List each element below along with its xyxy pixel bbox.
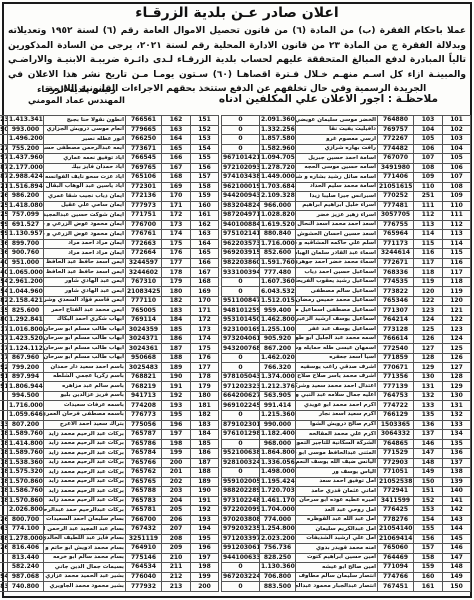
table-cell-amount: 2.023.200: [260, 534, 296, 544]
table-cell-serial: 185: [191, 439, 219, 449]
table-cell-name: اسماعيل يوسف ارشيد الزعبي: [296, 315, 378, 325]
table-cell-serial: 113: [443, 230, 471, 240]
table-row: 163174776761ايمان محمود عوض الزرعي و شرك…: [0, 230, 219, 240]
table-cell-amount: 2.158.421: [8, 296, 44, 306]
table-cell-record_id: 765766: [126, 458, 162, 468]
table-cell-amount: 1.423.520: [8, 334, 44, 344]
table-cell-seq: 205: [162, 506, 191, 516]
table-cell-name: بركات عبد الرحيم محمد زايد: [44, 449, 126, 459]
table-cell-record_id: 770252: [378, 192, 414, 202]
table-cell-amount: 799.200: [8, 363, 44, 373]
taxpayers-table-right-half: 101103764880الخضر موسى سليمان عويضي2.091…: [221, 115, 471, 592]
table-row: 109251770252اسبرانس جيرا صليبا زيدا2.109…: [222, 192, 471, 202]
table-row: 117118768336اسماعيل حسين احمد ذياب777.48…: [222, 268, 471, 278]
table-cell-seq: 166: [162, 154, 191, 164]
table-cell-record_id: 21083425: [126, 287, 162, 297]
table-cell-record_id: 770671: [378, 363, 414, 373]
table-cell-seq: 169: [162, 182, 191, 192]
table-cell-national_id: 9691019806: [0, 315, 8, 325]
table-cell-name: ايمان محمود عوض الزرعي و شركائها: [44, 220, 126, 230]
table-cell-name: اسعد حسين احسان الحشوش: [296, 230, 378, 240]
table-cell-record_id: 768219: [126, 382, 162, 392]
table-cell-name: باسمه عرفات سعيدات: [44, 401, 126, 411]
table-row: 161172771751ايمان شوكت حسين عبدالمجيد757…: [0, 211, 219, 221]
table-cell-name: اكرم صالح درويش الشوا: [296, 420, 378, 430]
table-cell-seq: 118: [414, 268, 443, 278]
table-cell-record_id: 3244614: [378, 249, 414, 259]
table-cell-amount: 987.068: [8, 572, 44, 582]
table-row: 178190768821باسم زكريا عجمي الشلطه897.99…: [0, 372, 219, 382]
table-row: 1661773244597ايمن اسعد حافظ عبد الحافظ95…: [0, 258, 219, 268]
table-cell-seq: 112: [414, 211, 443, 221]
table-cell-record_id: 774722: [378, 401, 414, 411]
table-cell-serial: 106: [443, 163, 471, 173]
table-cell-name: ايمن اسعد حافظ عبد الحافظ: [44, 258, 126, 268]
table-cell-name: ايهاب طالب مسلم ابو سرحان: [44, 344, 126, 354]
table-cell-amount: 1.449.000: [260, 173, 296, 183]
table-cell-amount: 757.099: [8, 211, 44, 221]
table-cell-name: اسراء زهير عزيز خضر: [296, 211, 378, 221]
table-cell-seq: 103: [414, 116, 443, 126]
table-cell-amount: 1.414.800: [8, 439, 44, 449]
table-cell-name: الخضر موسى سليمان عويضي: [296, 116, 378, 126]
table-cell-seq: 109: [414, 173, 443, 183]
table-cell-record_id: 771406: [378, 173, 414, 183]
table-cell-serial: 128: [443, 372, 471, 382]
table-cell-serial: 110: [443, 201, 471, 211]
table-cell-name: بسام عبد المجيد عبد الرحمن النبع: [44, 525, 126, 535]
table-cell-national_id: 9561009949: [0, 572, 8, 582]
table-cell-amount: 2.026.800: [8, 506, 44, 516]
table-cell-name: بسام سليمان احمد السعيدات وشريكه: [44, 515, 126, 525]
table-cell-serial: 109: [443, 192, 471, 202]
table-cell-amount: 825.600: [8, 306, 44, 316]
table-cell-name: اكرم احمد محمد ابو عويدي: [296, 401, 378, 411]
table-cell-amount: 1.418.080: [8, 201, 44, 211]
table-cell-name: اسامة احمد حسين جبريل: [296, 154, 378, 164]
table-cell-record_id: 772903: [378, 458, 414, 468]
table-cell-serial: 170: [191, 296, 219, 306]
table-cell-name: ايمن عبد الهادي شاور: [44, 287, 126, 297]
table-cell-record_id: 774535: [378, 277, 414, 287]
table-cell-record_id: 772663: [126, 239, 162, 249]
table-cell-amount: 6.043.532: [260, 287, 296, 297]
table-cell-national_id: 9751050823: [0, 296, 8, 306]
table-cell-serial: 123: [443, 325, 471, 335]
table-cell-national_id: 0: [222, 410, 260, 420]
table-cell-name: اليانس ضيف الله يوسف النعم: [296, 458, 378, 468]
table-cell-record_id: 775146: [126, 553, 162, 563]
table-cell-amount: 905.920: [260, 334, 296, 344]
table-row: 16918021083425ايمن عبد الهادي شاور1.044.…: [0, 287, 219, 297]
table-cell-seq: 164: [162, 135, 191, 145]
signature-block: رئيس بلدية الزرقاء المهندس عماد المومني: [28, 85, 125, 107]
table-row: 102104769757دافيليت يفيت نقا1.332.2560: [222, 125, 471, 135]
table-cell-amount: 883.500: [260, 582, 296, 592]
table-row: 149160774766انتصار سليمان سالم مطاوف706.…: [222, 572, 471, 582]
table-cell-national_id: 0: [222, 144, 260, 154]
table-cell-amount: 1.703.684: [260, 182, 296, 192]
table-cell-serial: 178: [191, 372, 219, 382]
table-cell-name: اسماعيل يوسف عبد غفر: [296, 325, 378, 335]
table-cell-seq: 132: [414, 391, 443, 401]
table-row: 159170772136ايمان ذياب نجيب شقا عمري986.…: [0, 192, 219, 202]
table-cell-seq: 178: [162, 268, 191, 278]
table-cell-name: بركات عبد الرحيم محمد زايد: [44, 477, 126, 487]
table-cell-seq: 165: [162, 144, 191, 154]
table-cell-amount: 1.461.170: [260, 496, 296, 506]
table-cell-name: اسماء محمد خضر احمد جوهري: [296, 258, 378, 268]
table-cell-name: بسام محمد سالم ابو خرمه: [44, 553, 126, 563]
table-cell-seq: 196: [162, 420, 191, 430]
table-cell-seq: 175: [162, 239, 191, 249]
table-cell-name: ايهاب طالب مسلم ابو سرحان: [44, 353, 126, 363]
table-cell-seq: 187: [162, 344, 191, 354]
table-cell-name: ايمن قاسم فؤاد السعدي وشركاه: [44, 296, 126, 306]
table-cell-national_id: 9792032352: [222, 525, 260, 535]
table-cell-national_id: 0: [222, 439, 260, 449]
table-cell-seq: 198: [162, 439, 191, 449]
table-row: 189202765765بركات عبد الرحيم محمد زايد1.…: [0, 477, 219, 487]
table-cell-seq: 209: [162, 544, 191, 554]
table-cell-serial: 117: [443, 268, 471, 278]
table-cell-national_id: 9562000364: [0, 249, 8, 259]
table-cell-seq: 104: [414, 125, 443, 135]
table-cell-national_id: 9442009438: [222, 192, 260, 202]
table-cell-national_id: 9441006338: [222, 553, 260, 563]
table-cell-seq: 117: [414, 258, 443, 268]
table-cell-record_id: 767070: [378, 154, 414, 164]
table-row: 147158764469امين حسين ابراهيم كتوت828.25…: [222, 553, 471, 563]
table-row: 170182777110ايمن قاسم فؤاد السعدي وشركاه…: [0, 296, 219, 306]
table-cell-seq: 170: [162, 192, 191, 202]
table-cell-amount: 1.044.960: [8, 287, 44, 297]
table-cell-serial: 134: [443, 430, 471, 440]
table-row: 1671783244602ايمن اسعد حافظ عبد الحافظ1.…: [0, 268, 219, 278]
table-cell-national_id: 9921036176: [0, 344, 8, 354]
table-cell-record_id: 771307: [378, 306, 414, 316]
table-cell-seq: 156: [414, 534, 443, 544]
table-cell-name: اسامه حسين موسى الحجه: [296, 163, 378, 173]
table-cell-serial: 140: [443, 487, 471, 497]
table-cell-name: بسيمات جمال الدين جاني: [44, 563, 126, 573]
table-cell-name: اسعد احمد محمد اسعد النحال: [296, 220, 378, 230]
table-row: 1952083251119بسام فايز عبد اللطيف الخالد…: [0, 534, 219, 544]
table-cell-seq: 203: [162, 487, 191, 497]
table-cell-seq: 201: [162, 468, 191, 478]
table-cell-record_id: 771051: [378, 468, 414, 478]
table-cell-national_id: 967101421: [222, 154, 260, 164]
table-cell-name: باسم فريز عزالدين بليو: [44, 391, 126, 401]
table-cell-record_id: 775056: [126, 420, 162, 430]
table-row: 114115771173اسلم علي حاكمه المشاقبه و شر…: [222, 239, 471, 249]
table-cell-seq: 163: [162, 125, 191, 135]
table-cell-record_id: 765005: [126, 306, 162, 316]
table-cell-name: بركات عبدالرحيم حمد عبدالرحمن: [44, 506, 126, 516]
table-cell-amount: 1.607.360: [260, 277, 296, 287]
table-row: 13915021052538امل توفيق احمد سعد1.195.42…: [222, 477, 471, 487]
table-cell-amount: 880.840: [260, 230, 296, 240]
table-cell-amount: 1.720.703: [260, 487, 296, 497]
table-cell-seq: 171: [162, 201, 191, 211]
table-cell-national_id: 9731022484: [222, 496, 260, 506]
table-cell-national_id: 8502130277: [0, 144, 8, 154]
table-cell-national_id: 0: [222, 287, 260, 297]
table-row: 132135766129اكرم سعيد اسعد نجار1.215.360…: [222, 410, 471, 420]
table-cell-seq: 167: [162, 163, 191, 173]
table-row: 148159771094امين صالح ابو عيشه1.130.3600: [222, 563, 471, 573]
table-cell-record_id: 771751: [126, 211, 162, 221]
table-cell-national_id: 9832048249: [222, 201, 260, 211]
table-cell-national_id: 9692039151: [222, 249, 260, 259]
table-cell-record_id: 766700: [126, 515, 162, 525]
table-row: 1331361503365اكرم صالح درويش الشوا990.00…: [222, 420, 471, 430]
table-cell-amount: 691.527: [8, 220, 44, 230]
table-cell-record_id: 3244602: [126, 268, 162, 278]
table-cell-name: اياد حمدان فايز بيك: [44, 163, 126, 173]
table-cell-name: ارسي معصوم غرو: [296, 135, 378, 145]
table-cell-name: ايمان محمود عوض الزرعي و شركائها: [44, 230, 126, 240]
table-cell-national_id: 9672032243: [222, 572, 260, 582]
table-cell-national_id: 9711047185: [0, 468, 8, 478]
table-cell-amount: 1.255.100: [260, 325, 296, 335]
table-cell-seq: 110: [414, 182, 443, 192]
table-row: 186199765784بركات عبد الرحيم محمد زايد1.…: [0, 449, 219, 459]
table-cell-record_id: 774766: [378, 572, 414, 582]
table-row: 183196775056بتراك سعيد احمد الاعرج807.20…: [0, 420, 219, 430]
table-row: 1341373064332اكرم علي محمد المقالحه1.182…: [222, 430, 471, 440]
table-cell-name: ايمن اسعد حافظ عبد الحافظ: [44, 268, 126, 278]
table-cell-seq: 180: [162, 287, 191, 297]
table-cell-name: اماني عثمان قدري حامد: [296, 487, 378, 497]
table-cell-record_id: 769114: [126, 315, 162, 325]
table-cell-name: اسماعيل سالم مصطفى: [296, 287, 378, 297]
table-cell-seq: 160: [414, 572, 443, 582]
table-cell-seq: 157: [414, 544, 443, 554]
table-cell-name: بشير عبد الحميد محمد عزازي: [44, 572, 126, 582]
table-cell-national_id: 9401008849: [222, 220, 260, 230]
signature-name: المهندس عماد المومني: [28, 96, 125, 107]
table-cell-seq: 126: [414, 334, 443, 344]
table-cell-record_id: 771094: [378, 563, 414, 573]
table-cell-amount: 1.182.400: [260, 430, 296, 440]
table-row: 152163779665انعام موسى درويش الجزازي993.…: [0, 125, 219, 135]
table-cell-name: اعليه جمال سلامه عبد النبي وشريكها: [296, 391, 378, 401]
table-cell-record_id: 772671: [378, 258, 414, 268]
table-cell-seq: 122: [414, 296, 443, 306]
table-cell-national_id: 9351008337: [0, 420, 8, 430]
table-cell-serial: 162: [191, 220, 219, 230]
table-cell-amount: 1.278.720: [260, 163, 296, 173]
table-cell-serial: 154: [191, 144, 219, 154]
table-cell-seq: 183: [162, 306, 191, 316]
table-cell-record_id: 764865: [378, 439, 414, 449]
table-cell-name: ايمان ذياب نجيب شقا عمري: [44, 192, 126, 202]
table-cell-national_id: 9702038082: [222, 515, 260, 525]
table-cell-serial: 122: [443, 315, 471, 325]
table-cell-record_id: 765783: [126, 496, 162, 506]
table-cell-amount: 900.760: [8, 249, 44, 259]
table-cell-record_id: 776761: [126, 230, 162, 240]
table-cell-serial: 186: [191, 449, 219, 459]
table-cell-serial: 146: [443, 544, 471, 554]
table-cell-record_id: 21051615: [378, 182, 414, 192]
table-cell-national_id: 9922007251: [0, 211, 8, 221]
table-row: 162173776700ايمان محمود عوض الزرعي و شرك…: [0, 220, 219, 230]
table-cell-serial: 195: [191, 534, 219, 544]
table-row: 190203765788بركات عبد الرحيم محمد زايد1.…: [0, 487, 219, 497]
table-cell-record_id: 776755: [378, 220, 414, 230]
table-cell-serial: 133: [443, 420, 471, 430]
table-cell-amount: 1.254.800: [260, 525, 296, 535]
table-cell-national_id: 9611009632: [0, 525, 8, 535]
table-cell-amount: 968.000: [260, 439, 296, 449]
table-cell-amount: 993.000: [8, 125, 44, 135]
table-row: 179191768219باسم سالم عبد مزاهره1.806.94…: [0, 382, 219, 392]
table-cell-serial: 125: [443, 344, 471, 354]
table-cell-serial: 129: [443, 382, 471, 392]
table-row: 128130771356اشرف محمد ياسر صلاح صلاح1.37…: [222, 372, 471, 382]
table-cell-seq: 206: [162, 515, 191, 525]
table-cell-serial: 104: [443, 144, 471, 154]
table-cell-serial: 181: [191, 401, 219, 411]
table-cell-national_id: 9711047185: [0, 477, 8, 487]
table-cell-seq: 193: [162, 401, 191, 411]
table-cell-seq: 204: [162, 496, 191, 506]
table-cell-amount: 1.512.015: [260, 296, 296, 306]
table-cell-national_id: 2001706914: [0, 372, 8, 382]
table-row: 1741863024371ايهاب طالب مسلم ابو سرحان1.…: [0, 334, 219, 344]
table-cell-national_id: 9461013912: [0, 382, 8, 392]
table-cell-seq: 158: [414, 553, 443, 563]
table-cell-amount: 1.437.960: [8, 154, 44, 164]
table-cell-serial: 114: [443, 239, 471, 249]
table-cell-seq: 108: [414, 163, 443, 173]
table-cell-national_id: 0: [222, 125, 260, 135]
table-cell-amount: 1.806.944: [8, 382, 44, 392]
table-cell-national_id: 0: [0, 563, 8, 573]
table-row: 188201765762بركات عبد الرحيم محمد زايد1.…: [0, 468, 219, 478]
table-cell-national_id: 9591020056: [222, 477, 260, 487]
table-cell-amount: 756.736: [260, 544, 296, 554]
note-line: ملاحظـة : اجور الاعلان علي المكلفين ادنا…: [219, 93, 438, 105]
table-cell-amount: 2.961.200: [8, 277, 44, 287]
table-cell-name: انتصار سليمان سالم مطاوف: [296, 572, 378, 582]
table-cell-name: بركات عبد الرحيم محمد زايد: [44, 439, 126, 449]
table-cell-national_id: 0: [222, 468, 260, 478]
table-cell-amount: 1.570.860: [8, 477, 44, 487]
table-cell-national_id: 9711047185: [0, 487, 8, 497]
table-row: 103105772267ارسي معصوم غرو1.857.5800: [222, 135, 471, 145]
table-cell-amount: 1.374.000: [260, 372, 296, 382]
table-cell-amount: 1.094.705: [260, 154, 296, 164]
table-row: 1771893025483باسم احمد سعيد دار حمدان799…: [0, 363, 219, 373]
table-cell-serial: 188: [191, 468, 219, 478]
table-cell-national_id: 0: [0, 410, 8, 420]
table-cell-national_id: 0: [222, 135, 260, 145]
table-row: 135146764865الشركة السكانية للتأجير التم…: [222, 439, 471, 449]
table-row: 168179767310ايمن عبد الهادي شاور2.961.20…: [0, 277, 219, 287]
table-row: 127129770671اشرف صدقي راغب يوسفيه766.320…: [222, 363, 471, 373]
table-cell-seq: 146: [414, 439, 443, 449]
table-cell-record_id: 777973: [126, 201, 162, 211]
table-row: 1731853024359ايهاب طالب مسلم ابو سرحان1.…: [0, 325, 219, 335]
table-cell-seq: 159: [414, 563, 443, 573]
table-cell-serial: 127: [443, 363, 471, 373]
table-cell-name: رأفت بهاره شرازي: [296, 144, 378, 154]
table-cell-name: اسبرانس جيرا صليبا زيدا: [296, 192, 378, 202]
table-cell-name: اسراء خليل ابراهيم ابراهيم: [296, 201, 378, 211]
table-cell-serial: 101: [443, 116, 471, 126]
table-cell-name: اسماعيل مصطفى اسماعيل مصطفى: [296, 306, 378, 316]
table-cell-seq: 213: [162, 582, 191, 592]
table-cell-serial: 124: [443, 334, 471, 344]
table-cell-amount: 1.278.000: [8, 534, 44, 544]
table-row: 126128771859اسيا اسعد جعفره1.462.0200: [222, 353, 471, 363]
table-cell-national_id: 9622035736: [222, 239, 260, 249]
table-cell-national_id: 0: [0, 553, 8, 563]
table-cell-name: اسماعيل رشيد يعقوب الفريحات: [296, 277, 378, 287]
table-cell-national_id: 9741034389: [222, 173, 260, 183]
table-cell-amount: 755.200: [8, 144, 44, 154]
table-cell-seq: 190: [162, 372, 191, 382]
table-cell-serial: 143: [443, 515, 471, 525]
table-cell-serial: 102: [443, 125, 471, 135]
table-cell-national_id: 9231001698: [222, 325, 260, 335]
table-cell-seq: 186: [162, 334, 191, 344]
table-cell-seq: 128: [414, 353, 443, 363]
table-row: 172184769114ايهاب شكري احمد البكاك1.292.…: [0, 315, 219, 325]
table-cell-record_id: 765787: [126, 430, 162, 440]
table-cell-record_id: 3024361: [126, 344, 162, 354]
table-cell-record_id: 3244597: [126, 258, 162, 268]
table-row: 142153776425امل روحي عبد العد1.704.00097…: [222, 506, 471, 516]
table-cell-record_id: 765762: [126, 468, 162, 478]
table-cell-name: انعام موسى درويش الجزازي: [44, 125, 126, 135]
table-cell-amount: 1.332.256: [260, 125, 296, 135]
table-cell-name: امل عبدالكريم سليمان: [296, 525, 378, 535]
table-cell-serial: 182: [191, 410, 219, 420]
table-cell-record_id: 774208: [126, 401, 162, 411]
table-cell-serial: 115: [443, 249, 471, 259]
table-cell-national_id: 9711047185: [0, 458, 8, 468]
table-cell-record_id: 771173: [378, 239, 414, 249]
announcement-page: اعلان صادر عـن بلدية الزرقـاء عملا باحكا…: [0, 0, 474, 600]
table-cell-name: اسماعيل حسين احمد ذياب: [296, 268, 378, 278]
table-cell-seq: 251: [414, 192, 443, 202]
table-cell-record_id: 776773: [126, 410, 162, 420]
table-cell-seq: 208: [162, 534, 191, 544]
table-cell-record_id: 766561: [126, 116, 162, 126]
table-row: 1411523411599اميره عطيه عوده ابو سرحان1.…: [222, 496, 471, 506]
table-cell-record_id: 764910: [126, 544, 162, 554]
table-row: 113114765964اسعد حسين احسان الحشوش880.84…: [222, 230, 471, 240]
table-cell-serial: 150: [443, 582, 471, 592]
table-cell-name: انور عطله نصير: [44, 135, 126, 145]
table-cell-national_id: 9582020909: [0, 125, 8, 135]
table-row: 158169772301اياد ياسين عبد الوهاب البقال…: [0, 182, 219, 192]
table-cell-seq: 211: [162, 563, 191, 573]
table-cell-national_id: 9922007251: [0, 201, 8, 211]
table-cell-name: اياد توفيق نعمه عماري: [44, 154, 126, 164]
table-row: 143154778276امل عبد الله عبد القوظره774.…: [222, 515, 471, 525]
table-cell-seq: 176: [162, 249, 191, 259]
table-cell-serial: 135: [443, 439, 471, 449]
table-cell-national_id: 9822038608: [222, 258, 260, 268]
table-row: 196209764910بسام محمد ادويش ابو حاتم و ش…: [0, 544, 219, 554]
table-cell-amount: 867.200: [260, 344, 296, 354]
table-cell-name: ايهاب شكري احمد البكاك: [44, 315, 126, 325]
